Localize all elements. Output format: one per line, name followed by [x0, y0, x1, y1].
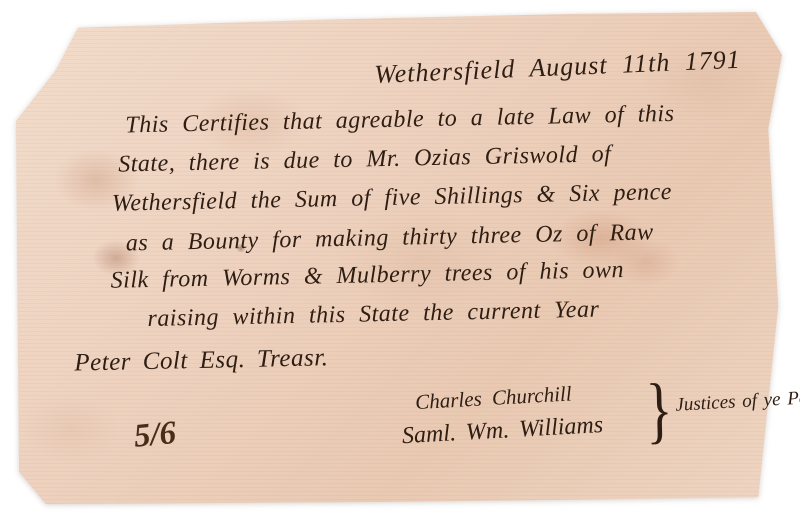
signature-brace: } [645, 368, 673, 454]
body-line-4: as a Bounty for making thirty three Oz o… [126, 219, 654, 257]
scanned-document-stage: Wethersfield August 11th 1791 This Certi… [0, 0, 800, 523]
dateline: Wethersfield August 11th 1791 [374, 45, 742, 90]
body-line-1: This Certifies that agreable to a late L… [125, 101, 675, 139]
witness-signature-williams: Saml. Wm. Williams [401, 412, 604, 450]
body-line-6: raising within this State the current Ye… [147, 297, 599, 333]
amount-notation: 5/6 [132, 415, 177, 456]
witness-title: Justices of ye Peace [675, 386, 800, 417]
body-line-2: State, there is due to Mr. Ozias Griswol… [118, 141, 612, 178]
body-line-5: Silk from Worms & Mulberry trees of his … [110, 257, 624, 295]
treasurer-signature: Peter Colt Esq. Treasr. [74, 344, 329, 377]
handwriting-layer: Wethersfield August 11th 1791 This Certi… [0, 0, 800, 523]
witness-signature-churchill: Charles Churchill [415, 381, 573, 415]
body-line-3: Wethersfield the Sum of five Shillings &… [112, 179, 672, 218]
